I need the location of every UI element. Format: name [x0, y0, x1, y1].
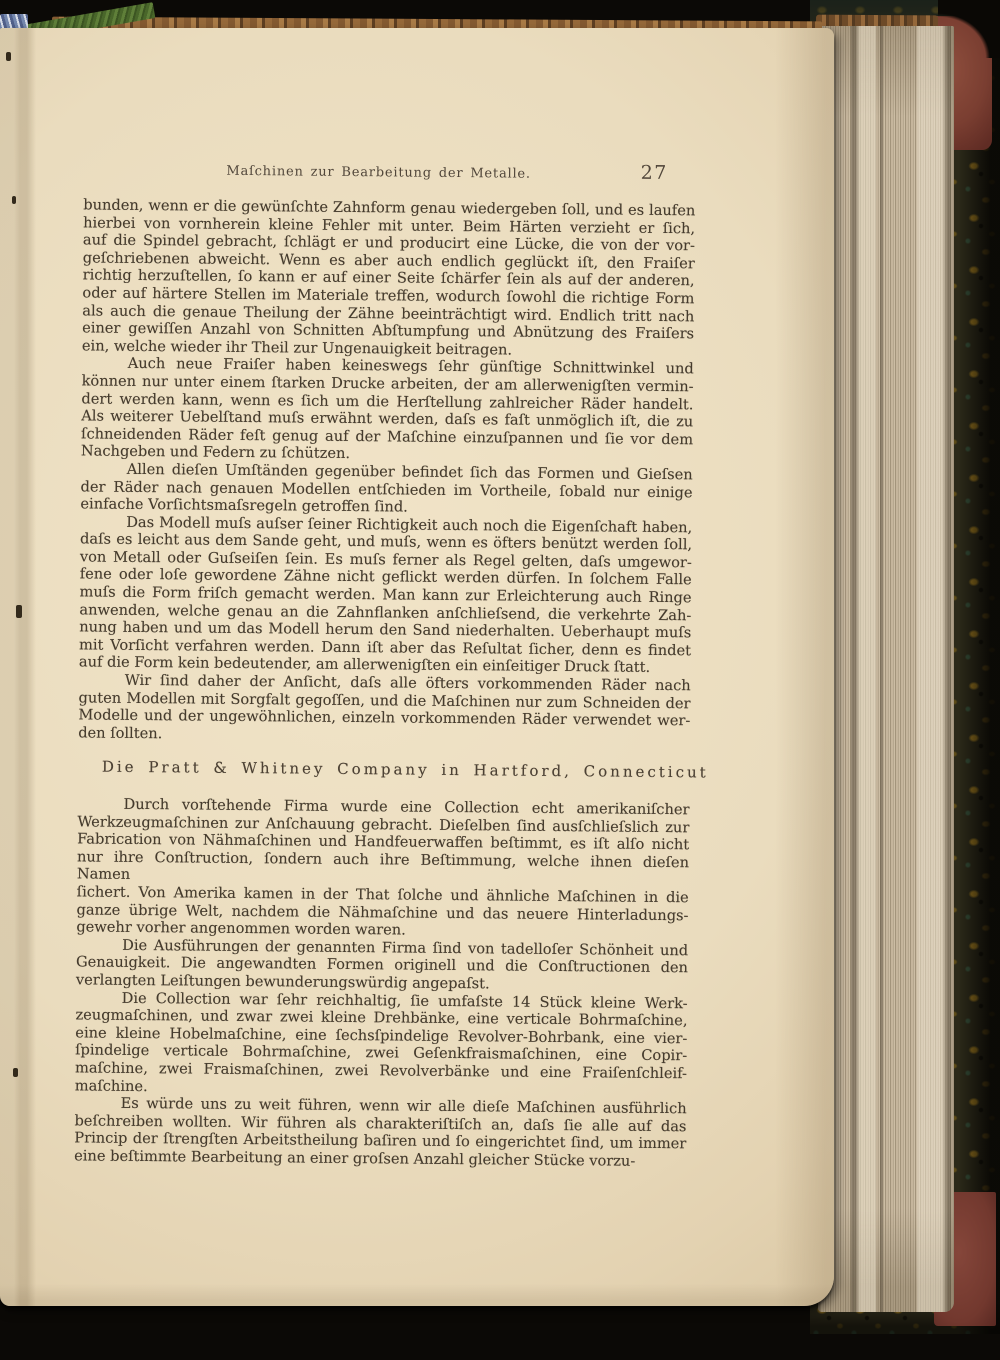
paragraph: Die Collection war ſehr reichhaltig, ſie…	[75, 989, 688, 1100]
paragraph: Das Modell muſs auſser ſeiner Richtigkei…	[79, 513, 692, 677]
paragraph: Durch vorſtehende Firma wurde eine Colle…	[76, 795, 689, 942]
paragraph-group-bottom: Durch vorſtehende Firma wurde eine Colle…	[74, 795, 690, 1170]
body-text: bunden, wenn er die gewünſchte Zahnform …	[74, 196, 695, 1170]
running-header: Maſchinen zur Bearbeitung der Metalle.	[99, 163, 659, 183]
book-scan-photo: Maſchinen zur Bearbeitung der Metalle. 2…	[0, 0, 1000, 1360]
page-edge-mark	[16, 605, 22, 618]
cover-corner-shadow	[938, 0, 1000, 58]
page-edge-mark	[13, 1068, 18, 1077]
paragraph: Auch neue Fraiſer haben keineswegs ſehr …	[81, 355, 694, 466]
paragraph: Wir ſind daher der Anſicht, daſs alle öf…	[78, 671, 691, 747]
text-line: nur ihre Conſtruction, ſondern auch ihre…	[77, 848, 689, 889]
page-edge-mark	[6, 52, 11, 61]
book-page: Maſchinen zur Bearbeitung der Metalle. 2…	[0, 28, 834, 1306]
printed-text-layer: Maſchinen zur Bearbeitung der Metalle. 2…	[0, 28, 834, 1314]
paragraph: Die Ausführungen der genannten Firma ſin…	[76, 936, 688, 995]
page-number: 27	[641, 162, 668, 184]
page-edge-mark	[12, 196, 16, 204]
paragraph: Es würde uns zu weit führen, wenn wir al…	[74, 1094, 687, 1170]
paragraph: Allen dieſen Umſtänden gegenüber befinde…	[80, 460, 692, 519]
paragraph: bunden, wenn er die gewünſchte Zahnform …	[82, 196, 695, 360]
section-heading: Die Pratt & Whitney Company in Hartford,…	[102, 759, 690, 782]
paragraph-group-top: bunden, wenn er die gewünſchte Zahnform …	[78, 196, 695, 747]
fore-edge-pages	[818, 26, 954, 1312]
